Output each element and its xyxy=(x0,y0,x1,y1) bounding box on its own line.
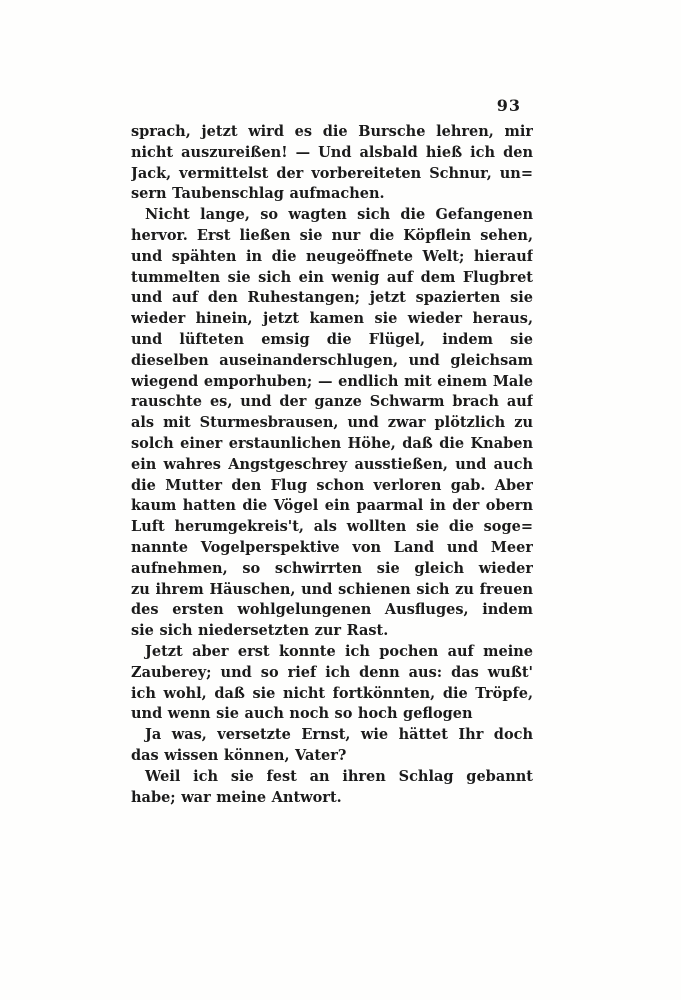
paragraph: Nicht lange, so wagten sich die Gefangen… xyxy=(131,205,533,642)
text-line: Luft herumgekreis't, als wollten sie die… xyxy=(131,517,533,538)
text-line: solch einer erstaunlichen Höhe, daß die … xyxy=(131,434,533,455)
paragraph: Ja was, versetzte Ernst, wie hättet Ihr … xyxy=(131,725,533,767)
text-block: sprach, jetzt wird es die Bursche lehren… xyxy=(131,122,533,808)
text-line: rauschte es, und der ganze Schwarm brach… xyxy=(131,392,533,413)
text-line: und spähten in die neugeöffnete Welt; hi… xyxy=(131,247,533,268)
text-line: zu ihrem Häuschen, und schienen sich zu … xyxy=(131,580,533,601)
text-line: das wissen können, Vater? xyxy=(131,746,533,767)
text-line: und wenn sie auch noch so hoch geflogen … xyxy=(131,704,533,725)
paragraph: Weil ich sie fest an ihren Schlag gebann… xyxy=(131,767,533,809)
text-line: wiegend emporhuben; — endlich mit einem … xyxy=(131,372,533,393)
text-line: und lüfteten emsig die Flügel, indem sie xyxy=(131,330,533,351)
book-page-scan: 93 sprach, jetzt wird es die Bursche leh… xyxy=(0,0,681,1000)
paragraph: sprach, jetzt wird es die Bursche lehren… xyxy=(131,122,533,205)
text-line: aufnehmen, so schwirrten sie gleich wied… xyxy=(131,559,533,580)
text-line: sprach, jetzt wird es die Bursche lehren… xyxy=(131,122,533,143)
text-line: Jack, vermittelst der vorbereiteten Schn… xyxy=(131,164,533,185)
text-line: nannte Vogelperspektive von Land und Mee… xyxy=(131,538,533,559)
text-line: hervor. Erst ließen sie nur die Köpflein… xyxy=(131,226,533,247)
paragraph: Jetzt aber erst konnte ich pochen auf me… xyxy=(131,642,533,725)
text-line: Ja was, versetzte Ernst, wie hättet Ihr … xyxy=(131,725,533,746)
text-line: ein wahres Angstgeschrey ausstießen, und… xyxy=(131,455,533,476)
text-line: habe; war meine Antwort. xyxy=(131,788,533,809)
text-line: wieder hinein, jetzt kamen sie wieder he… xyxy=(131,309,533,330)
page-number: 93 xyxy=(131,96,527,115)
text-line: und auf den Ruhestangen; jetzt spazierte… xyxy=(131,288,533,309)
text-line: dieselben auseinanderschlugen, und gleic… xyxy=(131,351,533,372)
text-line: Nicht lange, so wagten sich die Gefangen… xyxy=(131,205,533,226)
text-line: tummelten sie sich ein wenig auf dem Flu… xyxy=(131,268,533,289)
text-line: Jetzt aber erst konnte ich pochen auf me… xyxy=(131,642,533,663)
text-line: sern Taubenschlag aufmachen. xyxy=(131,184,533,205)
text-line: Weil ich sie fest an ihren Schlag gebann… xyxy=(131,767,533,788)
text-line: des ersten wohlgelungenen Ausfluges, ind… xyxy=(131,600,533,621)
text-line: die Mutter den Flug schon verloren gab. … xyxy=(131,476,533,497)
text-line: kaum hatten die Vögel ein paarmal in der… xyxy=(131,496,533,517)
text-line: nicht auszureißen! — Und alsbald hieß ic… xyxy=(131,143,533,164)
text-line: sie sich niedersetzten zur Rast. xyxy=(131,621,533,642)
text-line: ich wohl, daß sie nicht fortkönnten, die… xyxy=(131,684,533,705)
text-line: Zauberey; und so rief ich denn aus: das … xyxy=(131,663,533,684)
text-line: als mit Sturmesbrausen, und zwar plötzli… xyxy=(131,413,533,434)
